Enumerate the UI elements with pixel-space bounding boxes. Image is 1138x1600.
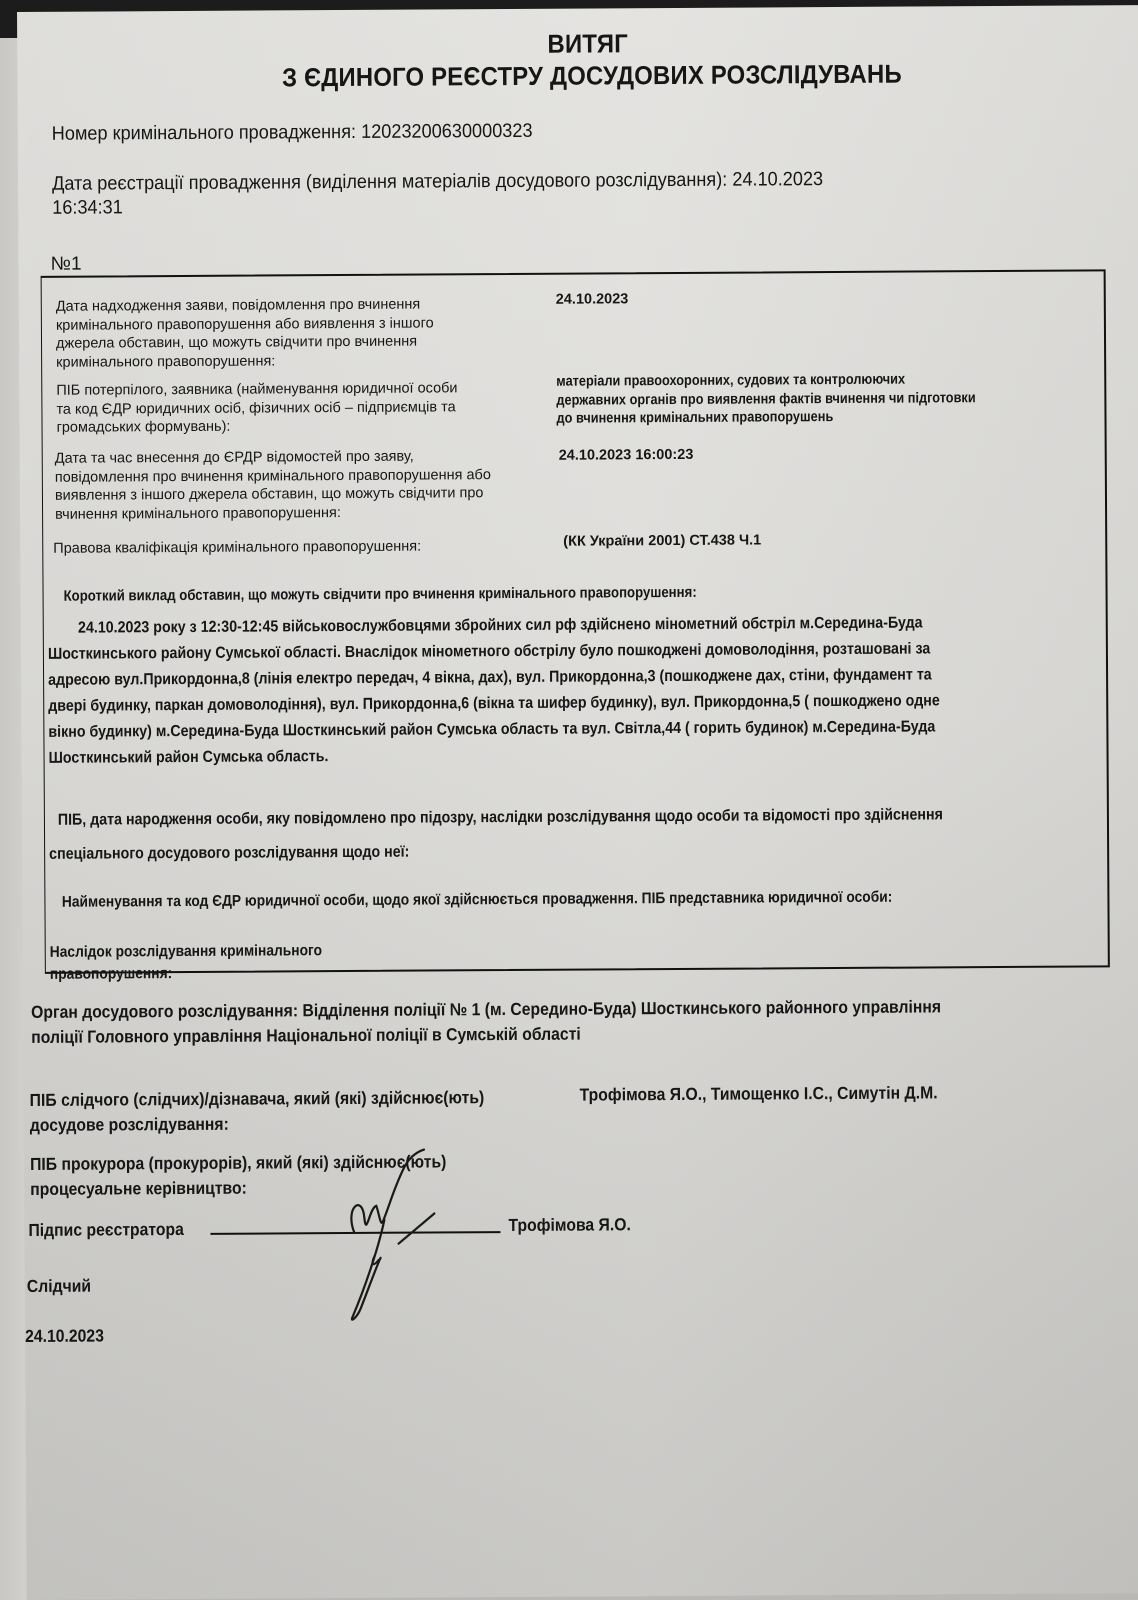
suspect-info-label: ПІБ, дата народження особи, яку повідомл…: [49, 798, 1064, 872]
investigation-authority: Орган досудового розслідування: Відділен…: [31, 994, 941, 1050]
registrar-name: Трофімова Я.О.: [508, 1212, 631, 1238]
case-number: 12023200630000323: [361, 120, 533, 143]
summary-heading: Короткий виклад обставин, що можуть свід…: [64, 584, 697, 605]
registration-date-line: Дата реєстрації провадження (виділення м…: [52, 167, 823, 196]
investigation-result-label: Наслідок розслідування кримінального пра…: [50, 936, 1065, 986]
position-label: Слідчий: [27, 1274, 91, 1299]
table-row-label: Правова кваліфікація кримінального право…: [53, 538, 421, 559]
document-date: 24.10.2023: [25, 1323, 104, 1348]
registration-date: 24.10.2023: [732, 168, 823, 191]
investigators-names: Трофімова Я.О., Тимощенко І.С., Симутін …: [580, 1080, 938, 1107]
investigators-label: ПІБ слідчого (слідчих)/дізнавача, який (…: [30, 1085, 485, 1138]
document-title: ВИТЯГ: [72, 25, 1103, 62]
handwritten-signature: [314, 1147, 465, 1328]
case-number-line: Номер кримінального провадження: 1202320…: [52, 119, 533, 146]
table-row-label: Дата надходження заяви, повідомлення про…: [56, 295, 434, 371]
document-page: ВИТЯГ З ЄДИНОГО РЕЄСТРУ ДОСУДОВИХ РОЗСЛІ…: [17, 5, 1138, 1600]
legal-entity-label: Найменування та код ЄДР юридичної особи,…: [49, 884, 1064, 916]
applicant-value: матеріали правоохоронних, судових та кон…: [556, 370, 976, 428]
registrar-signature-label: Підпис реєстратора: [28, 1217, 184, 1243]
registration-date-label: Дата реєстрації провадження (виділення м…: [52, 169, 727, 195]
application-date-value: 24.10.2023: [556, 290, 629, 309]
entry-number: №1: [50, 254, 81, 276]
register-entry-table: Дата надходження заяви, повідомлення про…: [41, 269, 1110, 973]
table-row-label: Дата та час внесення до ЄРДР відомостей …: [55, 447, 491, 524]
table-row-label: ПІБ потерпілого, заявника (найменування …: [56, 379, 458, 437]
registration-time: 16:34:31: [52, 195, 123, 219]
legal-qualification-value: (КК України 2001) СТ.438 Ч.1: [563, 531, 761, 551]
erdr-entry-datetime-value: 24.10.2023 16:00:23: [559, 446, 694, 465]
document-subtitle: З ЄДИНОГО РЕЄСТРУ ДОСУДОВИХ РОЗСЛІДУВАНЬ: [76, 57, 1107, 94]
summary-text: 24.10.2023 року з 12:30-12:45 військовос…: [48, 610, 1064, 772]
case-number-label: Номер кримінального провадження:: [52, 121, 356, 145]
